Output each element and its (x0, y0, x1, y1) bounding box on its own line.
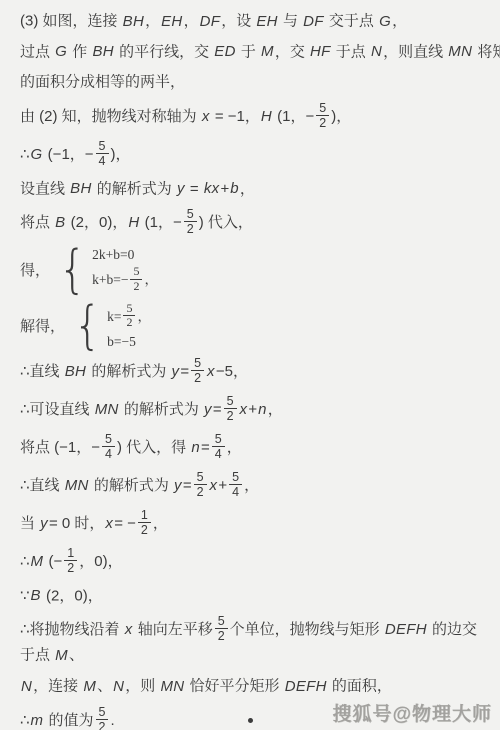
text-run: + (220, 180, 229, 197)
text-run: ∴ (20, 146, 30, 163)
text-run: = − (114, 515, 136, 532)
text-run: 设直线 (20, 180, 69, 197)
fraction: 54 (212, 432, 225, 461)
math-variable: M (54, 647, 69, 664)
fraction-numerator: 5 (102, 432, 115, 447)
text-run: ∴ (20, 553, 30, 570)
fraction-numerator: 5 (194, 470, 207, 485)
math-variable: x (201, 108, 211, 125)
equation-system: {k=52，b=−5 (71, 302, 151, 351)
text-run: + (248, 401, 257, 418)
fraction-numerator: 5 (229, 470, 242, 485)
text-run: ， (392, 13, 407, 30)
fraction-numerator: 5 (224, 394, 237, 409)
fraction-numerator: 1 (64, 546, 77, 561)
text-run: ， (227, 439, 242, 456)
text-run: = 0 时， (49, 515, 104, 532)
text-run: 解得， (20, 318, 65, 335)
math-variable: EH (160, 13, 183, 30)
text-run: 交于点 (325, 13, 378, 30)
text-run: 由 (2) 知，抛物线对称轴为 (20, 108, 201, 125)
fraction-denominator: 2 (96, 720, 109, 730)
math-variable: m (30, 712, 45, 729)
fraction-numerator: 5 (123, 302, 135, 316)
text-run: ， (244, 477, 259, 494)
fraction-denominator: 2 (64, 561, 77, 575)
math-variable: BH (69, 180, 92, 197)
text-line: 由 (2) 知，抛物线对称轴为 x = −1，H (1，−52)， (20, 102, 478, 131)
fraction-denominator: 2 (130, 280, 142, 293)
math-variable: B (54, 214, 66, 231)
math-variable: H (127, 214, 140, 231)
text-run: (− (44, 553, 62, 570)
math-variable: M (30, 553, 45, 570)
math-variable: H (260, 108, 273, 125)
fraction-denominator: 4 (102, 447, 115, 461)
fraction-numerator: 5 (184, 207, 197, 222)
equation-row: k+b=−52， (92, 266, 158, 294)
text-run: 2k+b=0 (92, 247, 134, 263)
math-variable: DF (302, 13, 325, 30)
fraction: 52 (224, 394, 237, 423)
text-run: (−1，− (44, 146, 94, 163)
text-line: ∴直线 MN 的解析式为 y=52x+54， (20, 471, 478, 500)
text-line: 的面积分成相等的两半， (20, 71, 478, 93)
text-run: 恰好平分矩形 (185, 678, 283, 695)
brace-icon: { (58, 246, 86, 295)
text-run: 将点 (−1，− (20, 439, 100, 456)
fraction: 54 (102, 432, 115, 461)
fraction-numerator: 5 (96, 139, 109, 154)
text-run: ，连接 (33, 678, 82, 695)
text-run: = (201, 439, 210, 456)
fraction: 54 (229, 470, 242, 499)
text-run: ，设 (221, 13, 255, 30)
text-run: 的面积分成相等的两半， (20, 74, 185, 91)
math-variable: y (173, 477, 183, 494)
text-run: ， (137, 309, 151, 325)
text-run: = (180, 363, 189, 380)
equation-system: {2k+b=0k+b=−52， (56, 246, 158, 295)
math-variable: x (206, 363, 216, 380)
stray-dot-icon (248, 718, 253, 723)
text-line: ∴直线 BH 的解析式为 y=52x−5， (20, 357, 478, 386)
text-run: ∴可设直线 (20, 401, 94, 418)
math-variable: EH (255, 13, 278, 30)
text-run: 于点 (332, 43, 370, 60)
text-run: 得， (20, 262, 50, 279)
math-variable: x (124, 621, 134, 638)
text-line: N，连接 M、N，则 MN 恰好平分矩形 DEFH 的面积， (20, 675, 478, 697)
text-run: )， (331, 108, 351, 125)
text-run: 、 (97, 678, 112, 695)
math-variable: n (190, 439, 201, 456)
math-variable: G (54, 43, 68, 60)
text-run: (2，0)， (42, 587, 103, 604)
text-run: = −1， (211, 108, 260, 125)
text-run: ， (184, 13, 199, 30)
text-run: ， (153, 515, 168, 532)
text-run: ，交 (275, 43, 309, 60)
text-run: ， (145, 13, 160, 30)
math-variable: x (239, 401, 249, 418)
text-run: ， (240, 180, 255, 197)
fraction-denominator: 2 (194, 485, 207, 499)
text-run: 将矩形 (473, 43, 500, 60)
text-run: 的解析式为 (87, 363, 170, 380)
fraction-denominator: 2 (123, 316, 135, 329)
fraction-denominator: 2 (316, 116, 329, 130)
math-variable: MN (447, 43, 473, 60)
math-variable: BH (64, 363, 87, 380)
fraction-denominator: 4 (96, 154, 109, 168)
math-variable: M (260, 43, 275, 60)
watermark: 搜狐号@物理大师 (332, 699, 492, 726)
text-run: (3) 如图，连接 (20, 13, 122, 30)
text-run: ， (144, 272, 158, 288)
text-run: ∵ (20, 587, 30, 604)
text-line: 得，{2k+b=0k+b=−52， (20, 246, 478, 295)
text-line: ∴M (−12，0)， (20, 547, 478, 576)
math-variable: x (209, 477, 219, 494)
text-run: + (218, 477, 227, 494)
fraction-denominator: 2 (191, 371, 204, 385)
text-line: 将点 B (2，0)，H (1，−52) 代入， (20, 208, 478, 237)
equation-row: k=52， (107, 303, 151, 331)
text-run: 过点 (20, 43, 54, 60)
text-run: ∴ (20, 712, 30, 729)
text-run: ∴直线 (20, 477, 64, 494)
math-variable: BH (122, 13, 145, 30)
equation-rows: k=52，b=−5 (107, 303, 151, 350)
text-line: ∴G (−1，−54)， (20, 140, 478, 169)
text-run: )， (111, 146, 131, 163)
text-run: = (186, 180, 203, 197)
text-run: 作 (68, 43, 91, 60)
math-variable: y (39, 515, 49, 532)
fraction: 52 (316, 101, 329, 130)
fraction: 12 (138, 508, 151, 537)
text-run: (1，− (140, 214, 181, 231)
text-run: ，则 (125, 678, 159, 695)
text-run: ，则直线 (383, 43, 447, 60)
fraction-numerator: 1 (138, 508, 151, 523)
equation-row: b=−5 (107, 334, 151, 350)
fraction: 52 (194, 470, 207, 499)
fraction: 52 (184, 207, 197, 236)
text-line: ∴将抛物线沿着 x 轴向左平移52个单位，抛物线与矩形 DEFH 的边交于点 M… (20, 615, 478, 666)
text-run: = (183, 477, 192, 494)
math-variable: kx (203, 180, 221, 197)
text-run: ∴直线 (20, 363, 64, 380)
math-variable: y (203, 401, 213, 418)
text-line: ∴可设直线 MN 的解析式为 y=52x+n， (20, 395, 478, 424)
math-variable: MN (64, 477, 90, 494)
math-variable: y (171, 363, 181, 380)
text-run: ) 代入，得 (117, 439, 190, 456)
text-run: 、 (69, 647, 84, 664)
text-run: −5， (216, 363, 248, 380)
text-run: 与 (279, 13, 302, 30)
math-variable: N (112, 678, 125, 695)
fraction-denominator: 2 (184, 222, 197, 236)
text-line: 当 y= 0 时，x= −12， (20, 509, 478, 538)
math-variable: DEFH (284, 678, 328, 695)
equation-rows: 2k+b=0k+b=−52， (92, 247, 158, 294)
math-variable: G (30, 146, 44, 163)
text-run: 的解析式为 (93, 180, 176, 197)
math-variable: N (20, 678, 33, 695)
fraction: 12 (64, 546, 77, 575)
text-run: 个单位，抛物线与矩形 (230, 621, 384, 638)
math-variable: b (229, 180, 240, 197)
fraction-denominator: 2 (215, 629, 228, 643)
text-run: 当 (20, 515, 39, 532)
text-run: = (213, 401, 222, 418)
document-body: (3) 如图，连接 BH，EH，DF，设 EH 与 DF 交于点 G，过点 G … (20, 10, 478, 730)
math-variable: y (176, 180, 186, 197)
text-run: 的面积， (328, 678, 392, 695)
fraction-denominator: 2 (138, 523, 151, 537)
brace-icon: { (73, 302, 101, 351)
math-variable: N (370, 43, 383, 60)
math-variable: G (378, 13, 392, 30)
fraction: 52 (130, 265, 142, 293)
fraction-numerator: 5 (130, 265, 142, 279)
fraction-denominator: 4 (212, 447, 225, 461)
math-variable: ED (213, 43, 236, 60)
text-run: ∴将抛物线沿着 (20, 621, 124, 638)
text-run: 于 (237, 43, 260, 60)
text-run: ， (268, 401, 283, 418)
fraction: 52 (215, 614, 228, 643)
text-run: (2，0)， (66, 214, 127, 231)
text-line: (3) 如图，连接 BH，EH，DF，设 EH 与 DF 交于点 G， (20, 10, 478, 32)
text-run: k= (107, 309, 121, 325)
text-run: 的值为 (44, 712, 93, 729)
fraction-numerator: 5 (215, 614, 228, 629)
text-run: 将点 (20, 214, 54, 231)
math-variable: HF (309, 43, 332, 60)
text-run: ) 代入， (199, 214, 253, 231)
math-variable: B (30, 587, 42, 604)
document-page: (3) 如图，连接 BH，EH，DF，设 EH 与 DF 交于点 G，过点 G … (0, 0, 500, 730)
fraction-denominator: 2 (224, 409, 237, 423)
math-variable: DF (199, 13, 222, 30)
math-variable: MN (159, 678, 185, 695)
fraction: 54 (96, 139, 109, 168)
fraction-numerator: 5 (96, 705, 109, 720)
fraction-numerator: 5 (316, 101, 329, 116)
fraction-numerator: 5 (212, 432, 225, 447)
fraction: 52 (123, 302, 135, 330)
text-line: ∵B (2，0)， (20, 585, 478, 607)
text-run: 的平行线，交 (115, 43, 213, 60)
math-variable: x (104, 515, 114, 532)
text-line: 解得，{k=52，b=−5 (20, 302, 478, 351)
fraction: 52 (191, 356, 204, 385)
text-run: 轴向左平移 (134, 621, 213, 638)
math-variable: BH (91, 43, 114, 60)
fraction: 52 (96, 705, 109, 730)
text-run: ，0)， (79, 553, 122, 570)
math-variable: n (257, 401, 268, 418)
text-run: 的解析式为 (120, 401, 203, 418)
math-variable: DEFH (384, 621, 428, 638)
text-run: k+b=− (92, 272, 128, 288)
text-line: 过点 G 作 BH 的平行线，交 ED 于 M，交 HF 于点 N，则直线 MN… (20, 41, 478, 63)
fraction-numerator: 5 (191, 356, 204, 371)
fraction-denominator: 4 (229, 485, 242, 499)
text-line: 设直线 BH 的解析式为 y = kx+b， (20, 178, 478, 200)
math-variable: M (82, 678, 97, 695)
text-run: (1，− (273, 108, 314, 125)
text-run: . (110, 712, 114, 729)
equation-row: 2k+b=0 (92, 247, 158, 263)
math-variable: MN (94, 401, 120, 418)
text-run: b=−5 (107, 334, 136, 350)
text-line: 将点 (−1，−54) 代入，得 n=54， (20, 433, 478, 462)
text-run: 的解析式为 (90, 477, 173, 494)
